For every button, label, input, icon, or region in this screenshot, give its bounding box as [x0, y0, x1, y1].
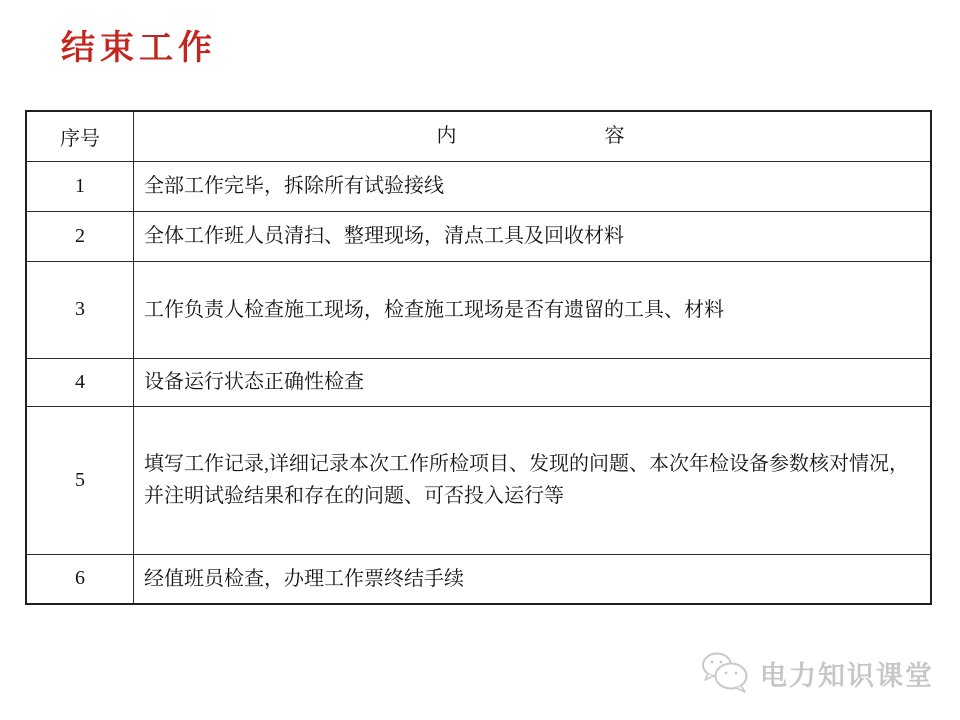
header-content: 内 容: [134, 111, 932, 161]
watermark: 电力知识课堂: [700, 650, 934, 696]
row-number: 6: [26, 554, 134, 604]
page-title: 结束工作: [61, 30, 217, 68]
table-header-row: 序号 内 容: [26, 111, 931, 161]
watermark-text: 电力知识课堂: [760, 654, 934, 693]
row-content: 工作负责人检查施工现场，检查施工现场是否有遗留的工具、材料: [134, 261, 932, 358]
table-row: 3 工作负责人检查施工现场，检查施工现场是否有遗留的工具、材料: [26, 261, 931, 358]
row-content: 经值班员检查，办理工作票终结手续: [134, 554, 932, 604]
row-content: 填写工作记录,详细记录本次工作所检项目、发现的问题、本次年检设备参数核对情况，并…: [134, 406, 932, 554]
table-row: 4 设备运行状态正确性检查: [26, 358, 931, 406]
row-content: 设备运行状态正确性检查: [134, 358, 932, 406]
row-number: 1: [26, 161, 134, 211]
row-number: 4: [26, 358, 134, 406]
row-content: 全体工作班人员清扫、整理现场，清点工具及回收材料: [134, 211, 932, 261]
row-number: 3: [26, 261, 134, 358]
wechat-bubbles-icon: [700, 650, 752, 696]
row-number: 2: [26, 211, 134, 261]
header-serial-number: 序号: [26, 111, 134, 161]
table-row: 1 全部工作完毕，拆除所有试验接线: [26, 161, 931, 211]
row-number: 5: [26, 406, 134, 554]
table-row: 5 填写工作记录,详细记录本次工作所检项目、发现的问题、本次年检设备参数核对情况…: [26, 406, 931, 554]
row-content: 全部工作完毕，拆除所有试验接线: [134, 161, 932, 211]
table-row: 6 经值班员检查，办理工作票终结手续: [26, 554, 931, 604]
slide: 结束工作 序号 内 容 1 全部工作完毕，拆除所有试验接线 2 全体工作班人员清…: [0, 0, 960, 720]
header-content-label: 内 容: [144, 120, 918, 152]
table-row: 2 全体工作班人员清扫、整理现场，清点工具及回收材料: [26, 211, 931, 261]
end-work-table: 序号 内 容 1 全部工作完毕，拆除所有试验接线 2 全体工作班人员清扫、整理现…: [25, 110, 932, 605]
